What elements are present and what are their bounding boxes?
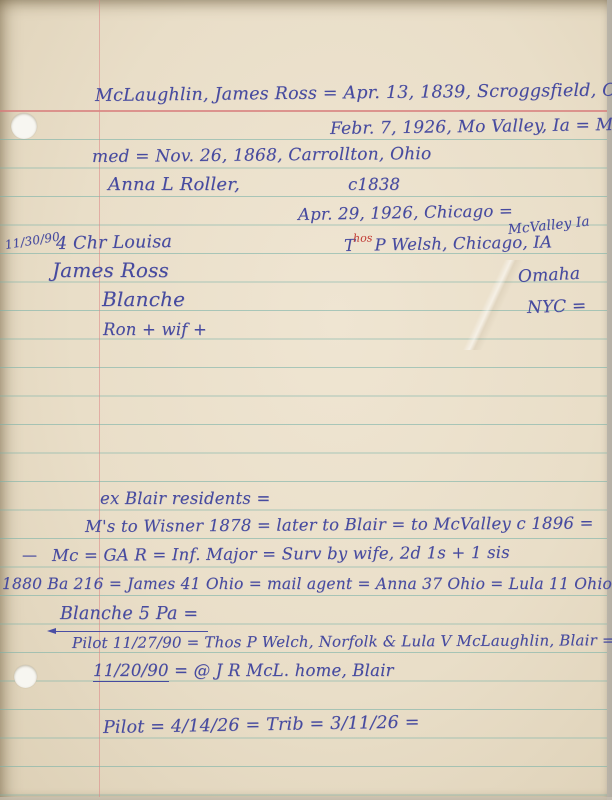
child-name-blanche: Blanche xyxy=(102,287,185,311)
pilot-wedding-line: Pilot 11/27/90 = Thos P Welch, Norfolk &… xyxy=(72,631,612,652)
war-service-line: Mc = GA R = Inf. Major = Surv by wife, 2… xyxy=(52,543,510,565)
margin-note-omaha: Omaha xyxy=(517,264,580,287)
visit-date-underlined: 11/20/90 xyxy=(93,661,169,682)
child-name-ron: Ron + wif + xyxy=(103,320,207,339)
blanche-underline-arrow xyxy=(56,631,208,632)
spouse-remarriage-line: ThosP Welsh, Chicago, IA xyxy=(344,232,553,255)
children-count-line: 4 Chr Louisa xyxy=(56,232,172,254)
punch-hole-top xyxy=(11,113,37,139)
census-blanche-line: Blanche 5 Pa = xyxy=(60,604,198,624)
name-birth-line: McLaughlin, James Ross = Apr. 13, 1839, … xyxy=(95,80,612,106)
spouse-birth-year: c1838 xyxy=(348,175,400,194)
visit-rest: = @ J R McL. home, Blair xyxy=(169,661,394,680)
spouse-name: Anna L Roller, xyxy=(108,174,240,195)
moves-line: M's to Wisner 1878 = later to Blair = to… xyxy=(85,513,594,536)
visit-line: 11/20/90 = @ J R McL. home, Blair xyxy=(93,661,394,680)
war-dash-mark: — xyxy=(22,546,37,564)
marriage-line: med = Nov. 26, 1868, Carrollton, Ohio xyxy=(92,144,432,167)
punch-hole-bottom xyxy=(14,665,37,688)
notebook-page: McLaughlin, James Ross = Apr. 13, 1839, … xyxy=(0,0,612,800)
census-1880-line: 1880 Ba 216 = James 41 Ohio = mail agent… xyxy=(2,575,612,593)
spouse-death-line: Apr. 29, 1926, Chicago = xyxy=(298,201,513,224)
remarriage-rest: P Welsh, Chicago, IA xyxy=(374,232,552,254)
red-ink-insert: hos xyxy=(353,232,373,245)
margin-note-nyc: NYC = xyxy=(527,296,587,318)
top-margin-red-line xyxy=(0,110,607,112)
child-name-james: James Ross xyxy=(52,258,169,282)
death-line: Febr. 7, 1926, Mo Valley, Ia = MV xyxy=(330,115,612,139)
residents-line: ex Blair residents = xyxy=(100,489,270,508)
